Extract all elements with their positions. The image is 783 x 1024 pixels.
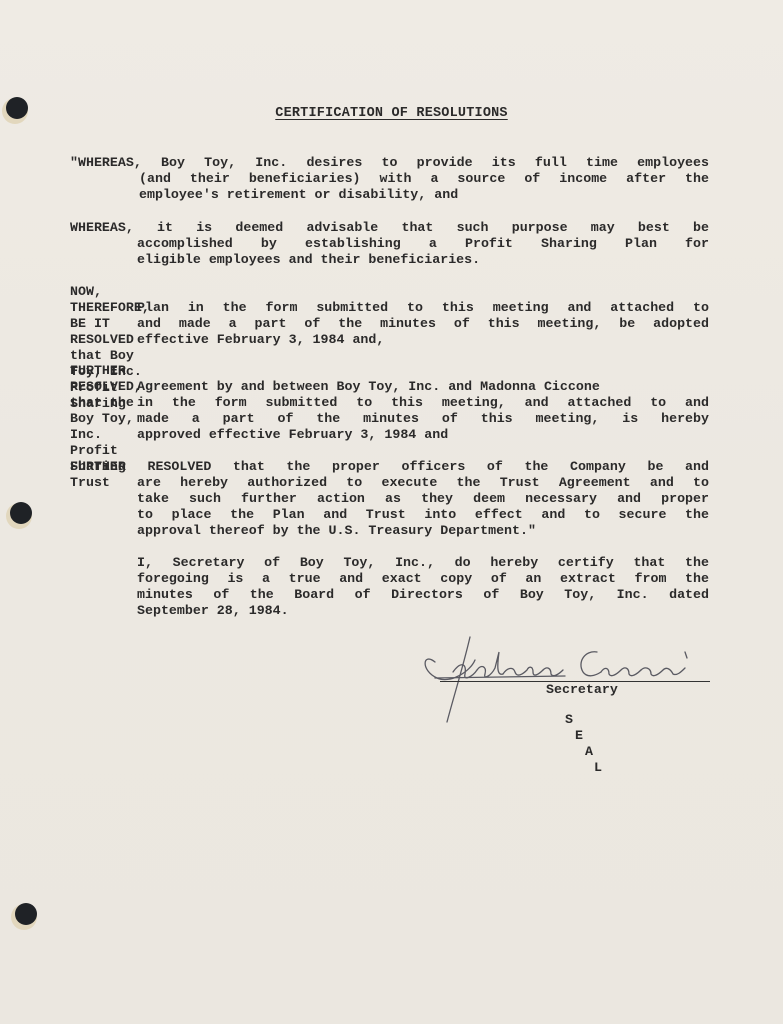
- paragraph-line: eligible employees and their beneficiari…: [137, 252, 709, 268]
- document-page: CERTIFICATION OF RESOLUTIONS "WHEREAS, B…: [0, 0, 783, 1024]
- paragraph-first-line: FURTHER RESOLVED that the proper officer…: [70, 459, 709, 475]
- paragraph-line: I, Secretary of Boy Toy, Inc., do hereby…: [137, 555, 709, 571]
- punch-hole: [15, 903, 37, 925]
- paragraph-line: approved effective February 3, 1984 and: [137, 427, 709, 443]
- paragraph-line: are hereby authorized to execute the Tru…: [137, 475, 709, 491]
- paragraph-line: approval thereof by the U.S. Treasury De…: [137, 523, 709, 539]
- paragraph-line: accomplished by establishing a Profit Sh…: [137, 236, 709, 252]
- paragraph-line: made a part of the minutes of this meeti…: [137, 411, 709, 427]
- paragraph-line: minutes of the Board of Directors of Boy…: [137, 587, 709, 603]
- paragraph-line: take such further action as they deem ne…: [137, 491, 709, 507]
- paragraph-line: September 28, 1984.: [137, 603, 709, 619]
- signature-role-label: Secretary: [546, 682, 618, 697]
- document-title: CERTIFICATION OF RESOLUTIONS: [0, 106, 783, 121]
- seal-letter: S: [565, 712, 573, 727]
- document-title-text: CERTIFICATION OF RESOLUTIONS: [275, 106, 507, 121]
- seal-letter: L: [594, 760, 602, 775]
- paragraph-line: (and their beneficiaries) with a source …: [139, 171, 709, 187]
- punch-hole: [10, 502, 32, 524]
- paragraph-line: effective February 3, 1984 and,: [137, 332, 709, 348]
- paragraph-line: and made a part of the minutes of this m…: [137, 316, 709, 332]
- seal-letter: E: [575, 728, 583, 743]
- paragraph-line: Plan in the form submitted to this meeti…: [137, 300, 709, 316]
- paragraph-line: foregoing is a true and exact copy of an…: [137, 571, 709, 587]
- paragraph-line: Agreement by and between Boy Toy, Inc. a…: [137, 379, 709, 395]
- paragraph-first-line: WHEREAS, it is deemed advisable that suc…: [70, 220, 709, 236]
- seal-letter: A: [585, 744, 593, 759]
- paragraph-line: employee's retirement or disability, and: [139, 187, 709, 203]
- paragraph-line: in the form submitted to this meeting, a…: [137, 395, 709, 411]
- paragraph-line: to place the Plan and Trust into effect …: [137, 507, 709, 523]
- paragraph-first-line: "WHEREAS, Boy Toy, Inc. desires to provi…: [70, 155, 709, 171]
